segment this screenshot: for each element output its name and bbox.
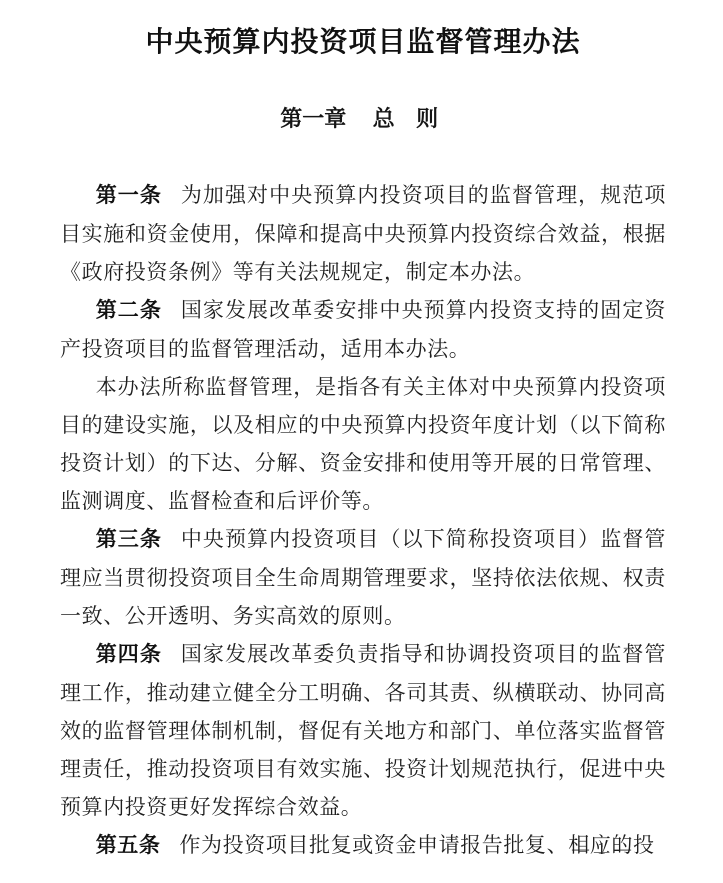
article-5-label: 第五条: [96, 834, 161, 857]
chapter-heading: 第一章总 则: [60, 106, 666, 132]
document-body: 第一条为加强对中央预算内投资项目的监督管理，规范项目实施和资金使用，保障和提高中…: [60, 176, 666, 865]
paragraph-article-3: 第三条中央预算内投资项目（以下简称投资项目）监督管理应当贯彻投资项目全生命周期管…: [60, 520, 666, 635]
paragraph-article-2: 第二条国家发展改革委安排中央预算内投资支持的固定资产投资项目的监督管理活动，适用…: [60, 291, 666, 368]
paragraph-definition: 本办法所称监督管理，是指各有关主体对中央预算内投资项目的建设实施，以及相应的中央…: [60, 368, 666, 520]
definition-text: 本办法所称监督管理，是指各有关主体对中央预算内投资项目的建设实施，以及相应的中央…: [60, 375, 666, 513]
page-number: — 1 —: [572, 839, 633, 859]
article-1-label: 第一条: [96, 184, 162, 207]
chapter-number: 第一章: [280, 106, 346, 131]
article-3-label: 第三条: [96, 528, 162, 551]
article-4-text: 国家发展改革委负责指导和协调投资项目的监督管理工作，推动建立健全分工明确、各司其…: [60, 642, 666, 819]
document-title: 中央预算内投资项目监督管理办法: [60, 26, 666, 60]
chapter-name: 总 则: [373, 106, 446, 131]
paragraph-article-4: 第四条国家发展改革委负责指导和协调投资项目的监督管理工作，推动建立健全分工明确、…: [60, 635, 666, 826]
article-4-label: 第四条: [96, 643, 162, 666]
paragraph-article-1: 第一条为加强对中央预算内投资项目的监督管理，规范项目实施和资金使用，保障和提高中…: [60, 176, 666, 291]
article-2-label: 第二条: [96, 299, 162, 322]
document-page: 中央预算内投资项目监督管理办法 第一章总 则 第一条为加强对中央预算内投资项目的…: [0, 0, 723, 883]
